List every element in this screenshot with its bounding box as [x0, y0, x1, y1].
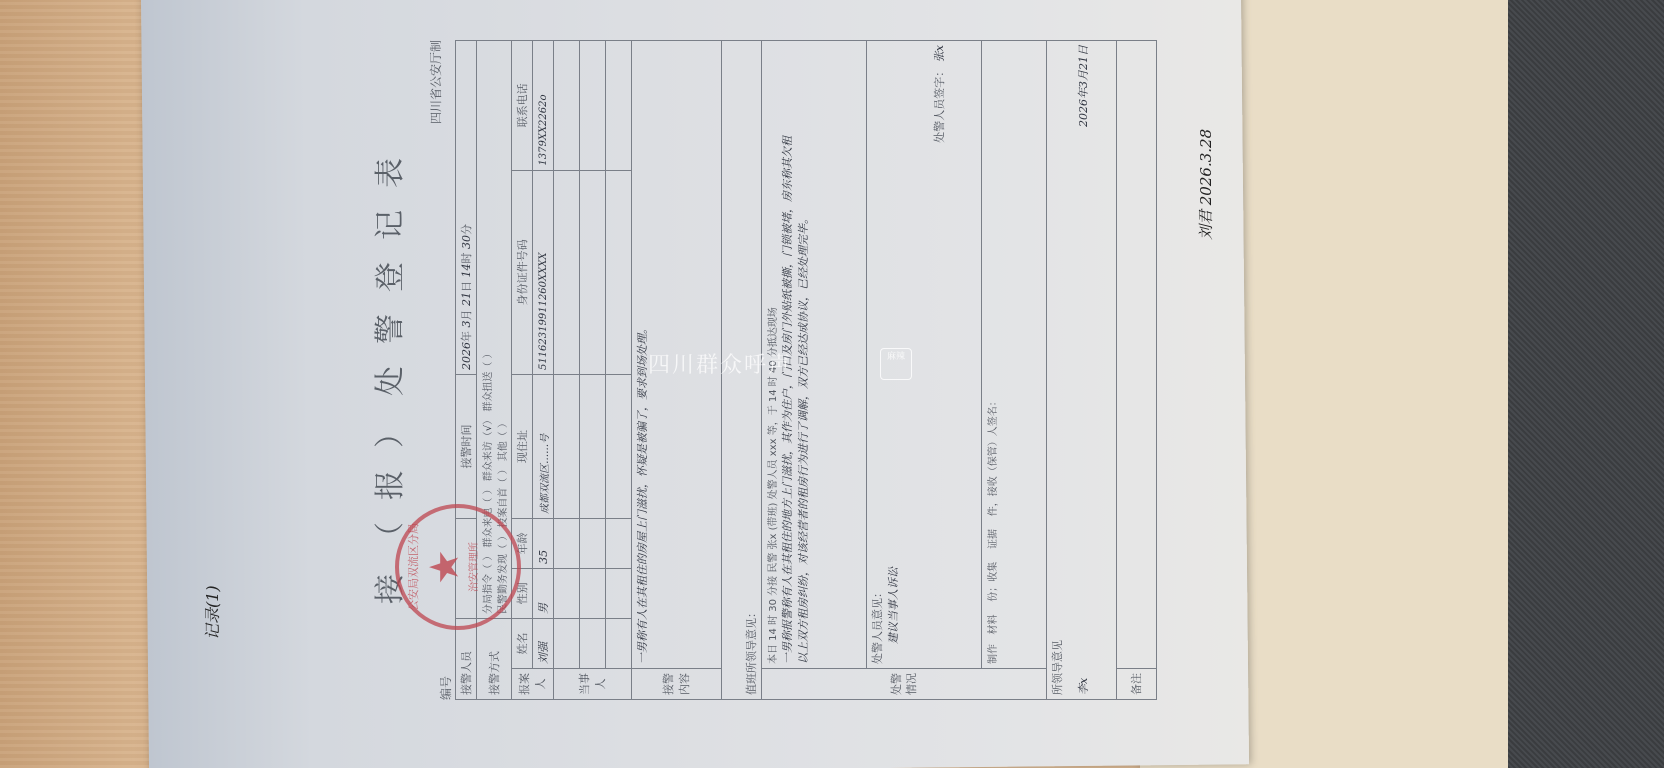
officer-signature-label: 处警人员签字：: [933, 66, 946, 143]
chair-fabric: [1508, 0, 1664, 768]
form-title: 接（报）处警登记表: [365, 40, 409, 700]
issuer-label: 四川省公安厅制: [427, 40, 444, 124]
seal-ring-text: 公安局双流区分局: [405, 508, 421, 626]
star-icon: ★: [425, 508, 465, 626]
serial-label: 编号: [437, 676, 454, 700]
reporter-id: 51162319911260XXXX: [533, 170, 554, 374]
police-report-form: 接（报）处警登记表 四川省公安厅制 编号 接警人员 接警时间 2026年 3月 …: [365, 40, 1245, 700]
watermark-badge: 麻辣: [880, 348, 912, 380]
reporter-age: 35: [533, 518, 554, 568]
reporter-phone: 1379XX2262o: [533, 41, 554, 171]
watermark: 四川群众呼声: [648, 348, 792, 379]
remarks-row: 备注: [1117, 41, 1157, 700]
reporter-gender: 男: [533, 568, 554, 618]
time-label: 接警时间: [456, 375, 477, 519]
method-option[interactable]: 投案自首（ ）: [498, 464, 509, 527]
method-option[interactable]: 群众扭送（ ）: [483, 348, 494, 411]
margin-note-right: 刘君 2026.3.28: [1195, 129, 1216, 240]
dispatch-section-label: 处警情况: [762, 669, 1047, 700]
officer-opinion: 建议当事人诉讼: [885, 45, 901, 644]
reporter-section-label: 报案人: [512, 669, 554, 700]
remarks-label: 备注: [1117, 669, 1157, 700]
reporter-address: 成都双流区……号: [533, 375, 554, 519]
receipt-line: 制作 材料 份；收集 证据 件，接收（保管）人签名：: [984, 45, 999, 664]
receipt-signature: 李x: [1075, 678, 1091, 695]
reporter-header-row: 报案人 姓名 性别 年龄 现住址 身份证件号码 联系电话: [512, 41, 533, 700]
officer-signature: 张x: [933, 45, 946, 62]
official-seal: 公安局双流区分局 ★ 治安管理所: [395, 504, 521, 630]
reporter-name: 刘强: [533, 618, 554, 668]
receiver-label: 接警人员: [456, 618, 477, 699]
method-option[interactable]: 群众来访（√）: [483, 415, 494, 481]
time-value: 2026年 3月 21日 14时 30分: [456, 41, 477, 375]
margin-note-left: 记录(1): [200, 585, 223, 640]
form-date: 2026年3月21日: [1075, 45, 1091, 127]
leader-review-label: 所领导意见: [1049, 45, 1065, 695]
leader-review-row: 所领导意见 李x 2026年3月21日: [1047, 41, 1117, 700]
form-table: 接警人员 接警时间 2026年 3月 21日 14时 30分 接警方式 分局指令…: [455, 40, 1157, 700]
incident-section-label: 接警内容: [632, 669, 722, 700]
seal-inner-text: 治安管理所: [465, 508, 480, 626]
reporter-row: 刘强 男 35 成都双流区……号 51162319911260XXXX 1379…: [533, 41, 554, 700]
check-mark-icon: √: [483, 425, 494, 431]
party-row: 当事人: [554, 41, 580, 700]
dispatch-detail: 以上双方租房纠纷，对该经营者的租房行为进行了调解，双方已经达成协议，已经处理完毕…: [795, 45, 811, 664]
method-label: 接警方式: [477, 618, 512, 699]
parties-section-label: 当事人: [554, 669, 632, 700]
party-row: [580, 41, 606, 700]
party-row: [606, 41, 632, 700]
method-option[interactable]: 其他（ ）: [498, 418, 509, 461]
